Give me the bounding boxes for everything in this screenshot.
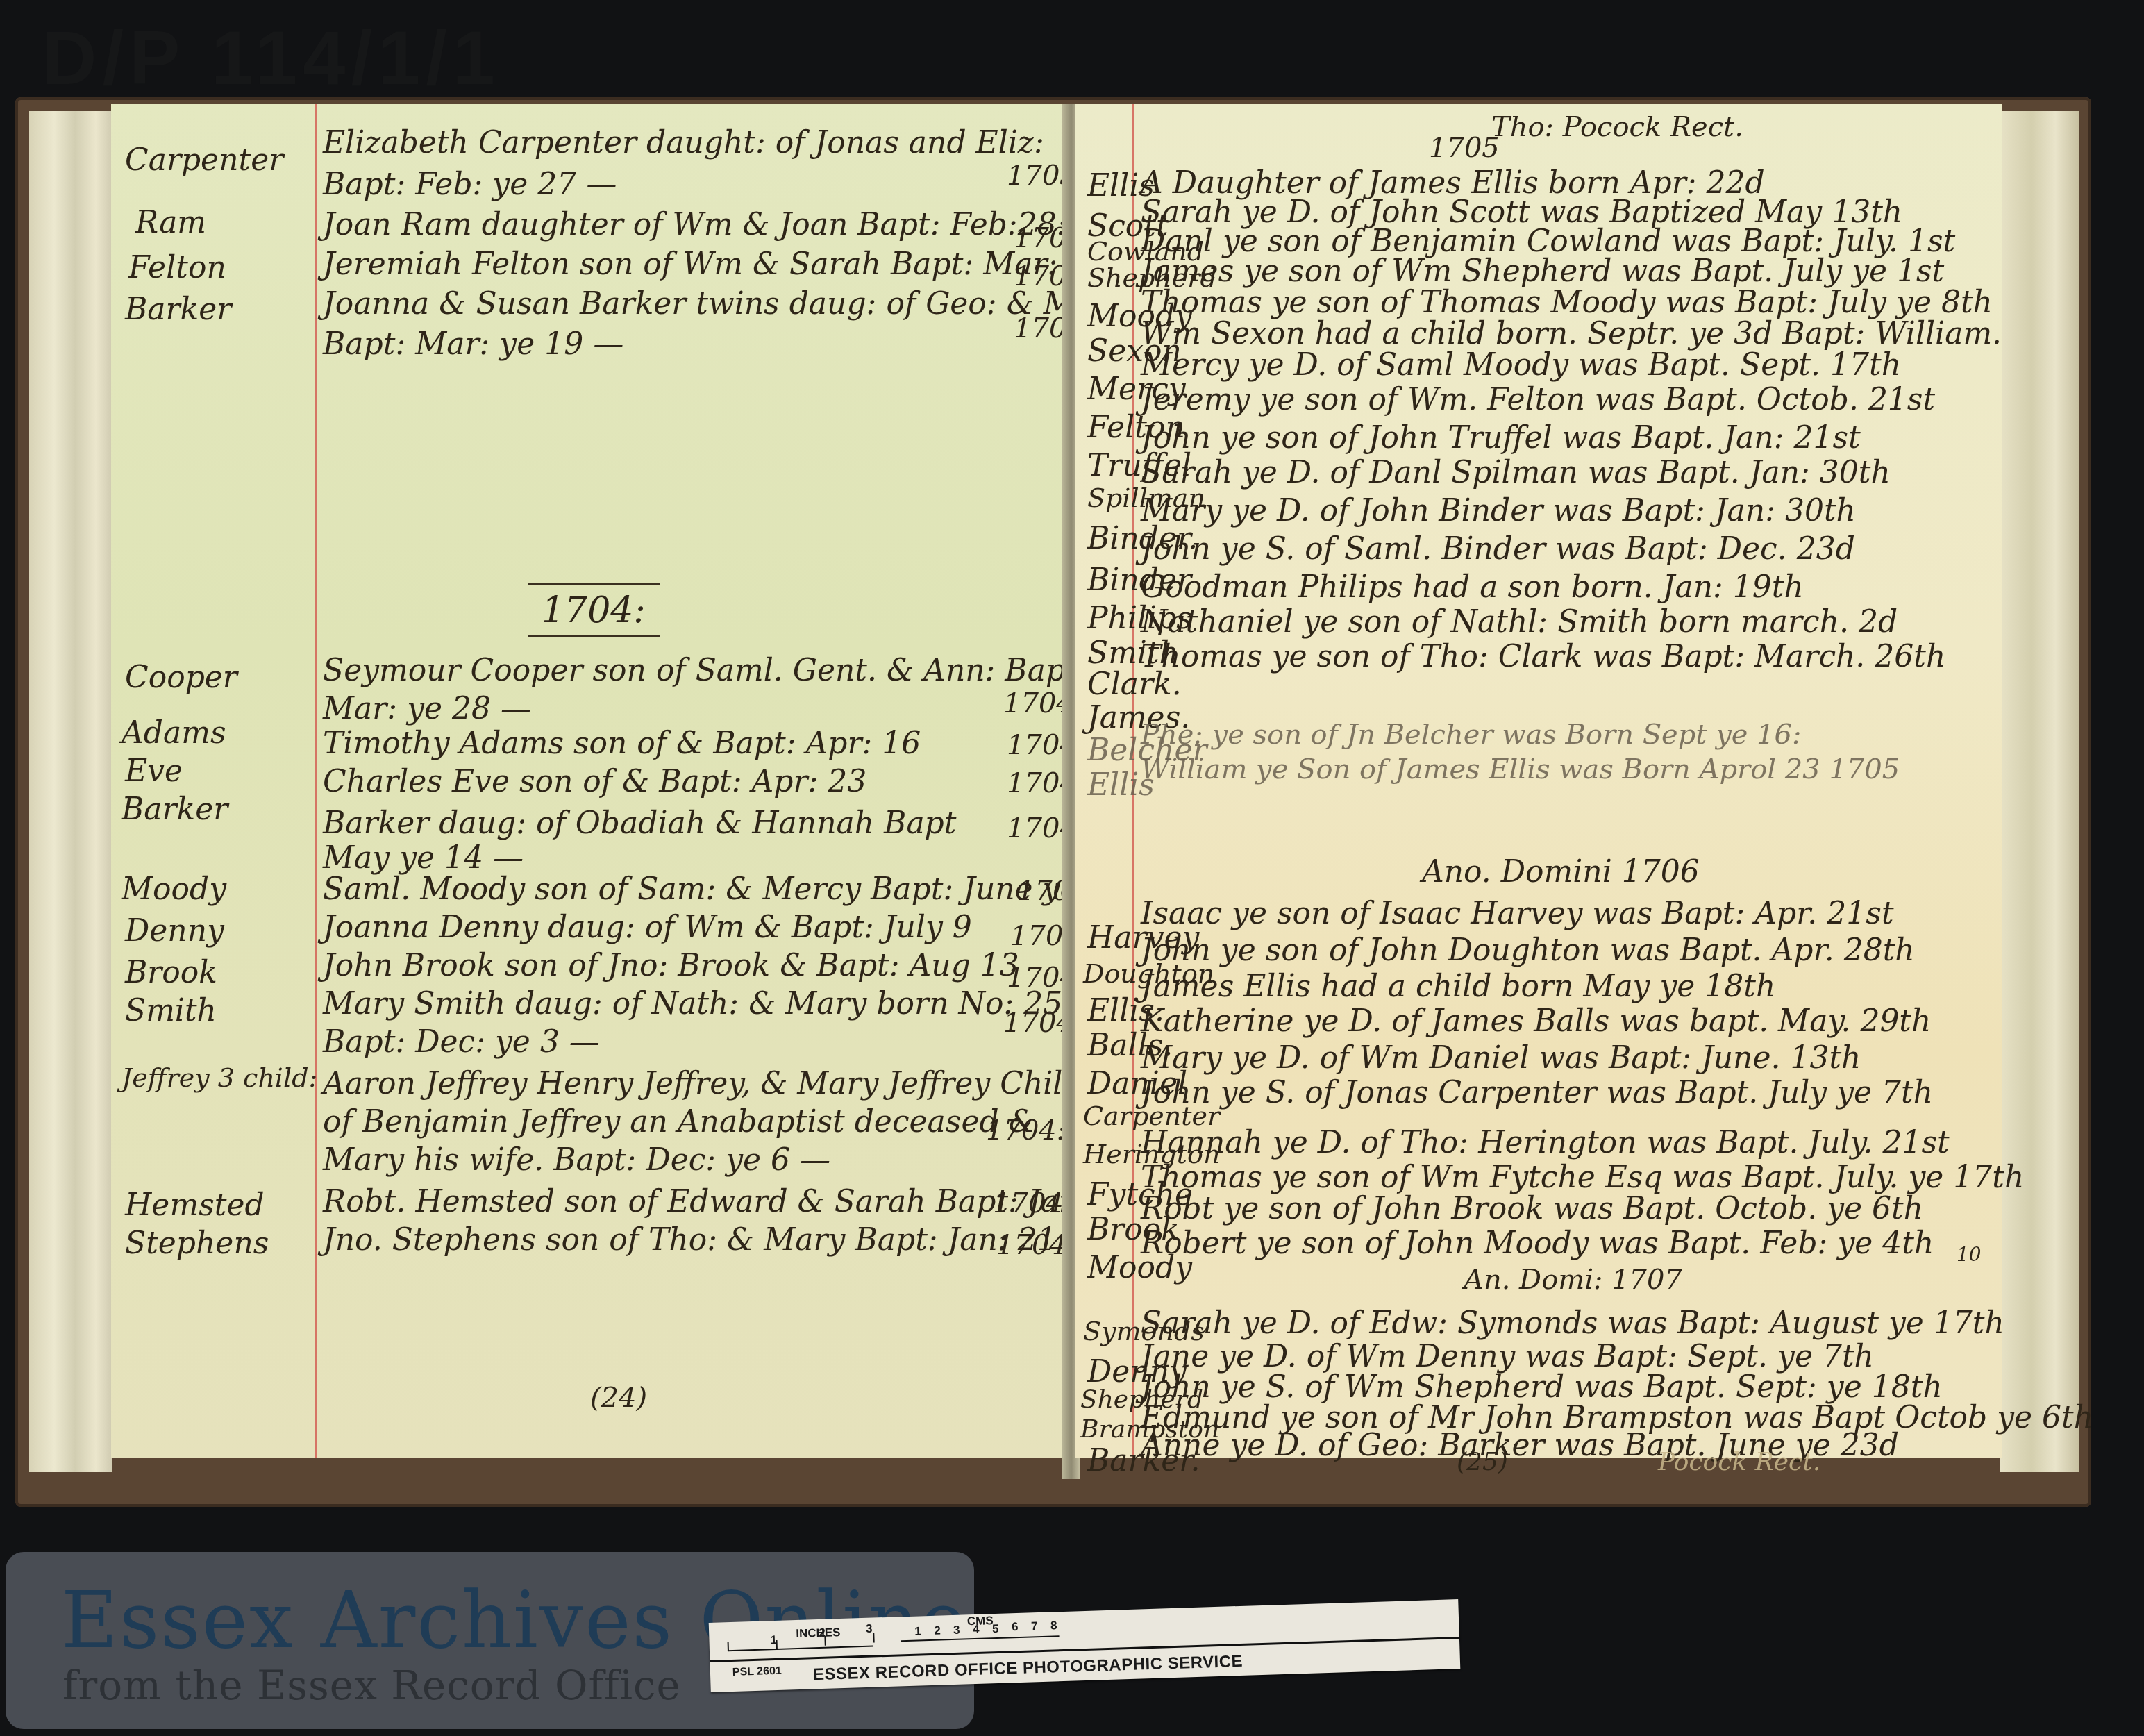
year-tag: 1704 (993, 1187, 1064, 1219)
entry-line: Goodman Philips had a son born. Jan: 19t… (1141, 569, 1804, 605)
margin-name: Cooper (125, 660, 237, 695)
entry-line: of Benjamin Jeffrey an Anabaptist deceas… (323, 1104, 1036, 1140)
entry-line: James ye son of Wm Shepherd was Bapt. Ju… (1141, 253, 1944, 289)
entry-line: Hannah ye D. of Tho: Herington was Bapt.… (1141, 1125, 1950, 1160)
entry-line: Mary ye D. of John Binder was Bapt: Jan:… (1141, 493, 1856, 528)
entry-line: Joanna Denny daug: of Wm & Bapt: July 9 (323, 910, 972, 945)
entry-line: Jeremy ye son of Wm. Felton was Bapt. Oc… (1141, 382, 1935, 417)
entry-line: Isaac ye son of Isaac Harvey was Bapt: A… (1141, 896, 1894, 931)
left-page-edges (29, 111, 112, 1472)
cm-tick: 1 (914, 1624, 921, 1638)
entry-line: Aaron Jeffrey Henry Jeffrey, & Mary Jeff… (323, 1066, 1134, 1101)
margin-name: Moody (122, 871, 226, 907)
cm-tick: 3 (953, 1624, 960, 1637)
rector-signature: Pocock Rect. (1658, 1448, 1820, 1476)
entry-line: May ye 14 — (323, 840, 524, 876)
margin-name: Ram (135, 205, 206, 240)
entry-line: Joanna & Susan Barker twins daug: of Geo… (323, 286, 1125, 322)
entry-line: Charles Eve son of & Bapt: Apr: 23 (323, 764, 866, 799)
entry-line: Sarah ye D. of Edw: Symonds was Bapt: Au… (1141, 1305, 2004, 1341)
entry-line: Wm Sexon had a child born. Septr. ye 3d … (1141, 316, 2002, 351)
margin-name: Eve (125, 753, 183, 789)
tick (873, 1633, 874, 1642)
cm-tick: 7 (1031, 1619, 1038, 1633)
folio-number: (25) (1457, 1448, 1508, 1476)
rector-header: Tho: Pocock Rect. (1491, 111, 1743, 143)
entry-line: Thomas ye son of Thomas Moody was Bapt: … (1141, 285, 1993, 320)
cms-label: CMS (967, 1614, 994, 1628)
margin-name: Felton (128, 250, 226, 285)
margin-name: Brook (125, 955, 217, 990)
entry-line: Joan Ram daughter of Wm & Joan Bapt: Feb… (323, 207, 1066, 242)
entry-line: Bapt: Mar: ye 19 — (323, 326, 623, 362)
entry-line: Nathaniel ye son of Nathl: Smith born ma… (1141, 604, 1898, 640)
entry-line: John ye son of John Truffel was Bapt. Ja… (1141, 420, 1861, 456)
entry-line: Bapt: Dec: ye 3 — (323, 1024, 600, 1060)
margin-name: Stephens (125, 1226, 269, 1261)
entry-line: Elizabeth Carpenter daught: of Jonas and… (323, 125, 1044, 160)
entry-line: John ye S. of Saml. Binder was Bapt: Dec… (1141, 531, 1855, 567)
cm-tick: 6 (1012, 1620, 1019, 1634)
entry-line: William ye Son of James Ellis was Born A… (1141, 753, 1900, 785)
entry-line: Bapt: Feb: ye 27 — (323, 167, 617, 202)
entry-line: Mary ye D. of Wm Daniel was Bapt: June. … (1141, 1040, 1861, 1076)
margin-name: Carpenter (125, 142, 283, 178)
entry-line: John Brook son of Jno: Brook & Bapt: Aug… (323, 948, 1019, 983)
margin-name: Jeffrey 3 child: (122, 1062, 317, 1093)
entry-line: Robt ye son of John Brook was Bapt. Octo… (1141, 1191, 1923, 1226)
margin-name: Barker (122, 792, 228, 827)
side-note: 10 (1957, 1243, 1982, 1266)
document-reference: D/P 114/1/1 (42, 14, 501, 102)
margin-name: Barker (125, 292, 231, 327)
entry-line: Seymour Cooper son of Saml. Gent. & Ann:… (323, 653, 1088, 688)
entry-line: Phe: ye son of Jn Belcher was Born Sept … (1141, 719, 1801, 751)
margin-name: Adams (122, 715, 226, 751)
year-tag: 1704: (986, 1115, 1066, 1146)
cm-tick: 8 (1050, 1619, 1057, 1633)
entry-line: Saml. Moody son of Sam: & Mercy Bapt: Ju… (323, 871, 1126, 907)
entry-line: Mary his wife. Bapt: Dec: ye 6 — (323, 1142, 830, 1178)
entry-line: Mercy ye D. of Saml Moody was Bapt. Sept… (1141, 347, 1901, 383)
folio-number: (24) (590, 1382, 647, 1414)
entry-line: Thomas ye son of Wm Fytche Esq was Bapt.… (1141, 1160, 2024, 1195)
entry-line: John ye son of John Doughton was Bapt. A… (1141, 933, 1915, 968)
margin-name: Hemsted (125, 1187, 265, 1223)
margin-name: Denny (125, 913, 224, 949)
entry-line: Thomas ye son of Tho: Clark was Bapt: Ma… (1141, 639, 1945, 674)
inch-tick-1: 1 (770, 1633, 777, 1647)
watermark-subtitle: from the Essex Record Office (62, 1662, 681, 1709)
entry-line: Jno. Stephens son of Tho: & Mary Bapt: J… (323, 1222, 1057, 1258)
left-page: Carpenter Elizabeth Carpenter daught: of… (111, 104, 1069, 1458)
entry-line: Barker daug: of Obadiah & Hannah Bapt (323, 806, 956, 841)
entry-line: Mary Smith daug: of Nath: & Mary born No… (323, 986, 1062, 1021)
right-page-edges (2000, 111, 2079, 1472)
year-heading-1707: An. Domi: 1707 (1464, 1264, 1682, 1296)
right-page: Tho: Pocock Rect. 1705 Ellis A Daughter … (1075, 104, 2002, 1458)
entry-line: Jeremiah Felton son of Wm & Sarah Bapt: … (323, 247, 1107, 282)
cm-tick: 5 (992, 1622, 999, 1636)
entry-line: Sarah ye D. of Danl Spilman was Bapt. Ja… (1141, 455, 1891, 490)
cm-tick: 2 (934, 1624, 941, 1638)
entry-line: Katherine ye D. of James Balls was bapt.… (1141, 1003, 1931, 1039)
tick (728, 1642, 729, 1651)
year-heading: 1704: (528, 583, 660, 637)
ruler-code: PSL 2601 (732, 1665, 782, 1679)
entry-line: Timothy Adams son of & Bapt: Apr: 16 (323, 726, 921, 761)
inch-tick-3: 3 (866, 1622, 873, 1636)
margin-rule (315, 104, 317, 1458)
entry-line: Mar: ye 28 — (323, 691, 531, 726)
inch-tick-2: 2 (819, 1626, 826, 1640)
year-heading-1705: 1705 (1429, 132, 1500, 164)
inch-scale (728, 1646, 873, 1652)
entry-line: John ye S. of Jonas Carpenter was Bapt. … (1141, 1075, 1933, 1110)
year-heading-1706: Ano. Domini 1706 (1422, 854, 1700, 890)
entry-line: Robert ye son of John Moody was Bapt. Fe… (1141, 1226, 1934, 1261)
cm-scale (901, 1635, 1060, 1642)
margin-name: Smith (125, 993, 217, 1028)
cm-tick: 4 (973, 1623, 980, 1637)
entry-line: James Ellis had a child born May ye 18th (1141, 969, 1775, 1004)
